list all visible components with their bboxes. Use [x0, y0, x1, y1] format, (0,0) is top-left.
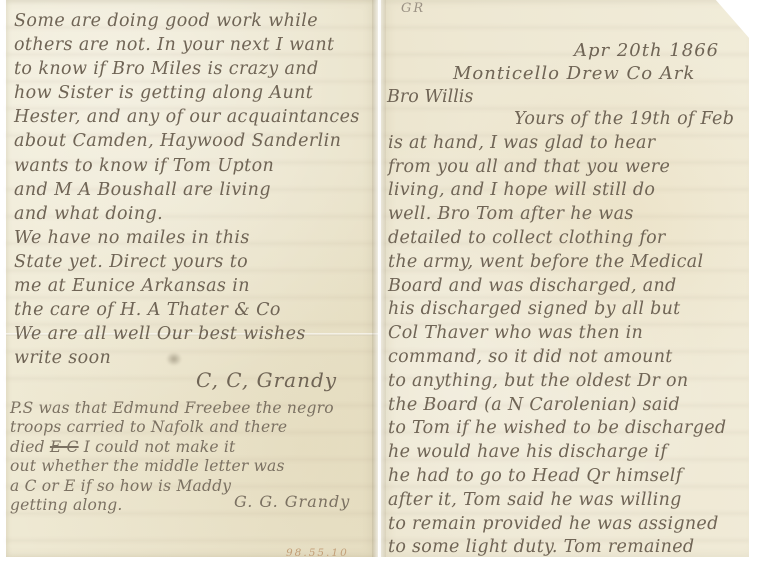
handwriting-line: We are all well Our best wishes: [14, 322, 376, 346]
ps-text: I could not make it: [79, 438, 236, 456]
handwriting-line: Board and was discharged, and: [388, 275, 747, 299]
handwriting-line: others are not. In your next I want: [14, 33, 376, 57]
catalog-number: 98.55.10: [286, 547, 349, 559]
ps-text: died: [10, 438, 50, 456]
handwriting-line: he had to go to Head Qr himself: [388, 465, 747, 489]
signature-cc-grandy: C, C, Grandy: [196, 368, 337, 392]
date-line: Apr 20th 1866: [574, 40, 719, 61]
handwriting-line: the care of H. A Thater & Co: [14, 298, 376, 322]
handwriting-line: State yet. Direct yours to: [14, 250, 376, 274]
letter-page-right: GR Apr 20th 1866 Monticello Drew Co Ark …: [381, 0, 749, 557]
signature-gg-grandy: G. G. Grandy: [234, 492, 350, 511]
handwriting-line: he would have his discharge if: [388, 441, 747, 465]
ps-line: died E C I could not make it: [10, 438, 334, 457]
handwriting-line: to anything, but the oldest Dr on: [388, 370, 747, 394]
handwriting-line: from you all and that you were: [388, 156, 747, 180]
handwriting-line: and what doing.: [14, 202, 376, 226]
letter-scan: Some are doing good work while others ar…: [0, 0, 760, 570]
handwriting-line: write soon: [14, 346, 376, 370]
handwriting-line: me at Eunice Arkansas in: [14, 274, 376, 298]
handwriting-line: well. Bro Tom after he was: [388, 203, 747, 227]
letter-page-left: Some are doing good work while others ar…: [6, 0, 378, 557]
left-page-body: Some are doing good work while others ar…: [14, 9, 376, 370]
handwriting-line: and M A Boushall are living: [14, 178, 376, 202]
handwriting-line: to Tom if he wished to be discharged: [388, 417, 747, 441]
ink-smudge: [166, 352, 182, 366]
ps-line: P.S was that Edmund Freebee the negro: [10, 399, 334, 418]
handwriting-line: living, and I hope will still do: [388, 179, 747, 203]
handwriting-line: the army, went before the Medical: [388, 251, 747, 275]
handwriting-line: how Sister is getting along Aunt: [14, 81, 376, 105]
pencil-mark-gr: GR: [401, 1, 425, 16]
handwriting-line: command, so it did not amount: [388, 346, 747, 370]
handwriting-line: is at hand, I was glad to hear: [388, 132, 747, 156]
struck-out-initials: E C: [50, 438, 79, 456]
handwriting-line: the Board (a N Carolenian) said: [388, 394, 747, 418]
ps-line: troops carried to Nafolk and there: [10, 418, 334, 437]
handwriting-line: his discharged signed by all but: [388, 298, 747, 322]
handwriting-line: detailed to collect clothing for: [388, 227, 747, 251]
handwriting-line: Hester, and any of our acquaintances: [14, 105, 376, 129]
handwriting-line: to some light duty. Tom remained: [388, 536, 747, 560]
place-line: Monticello Drew Co Ark: [453, 63, 695, 84]
handwriting-line: to know if Bro Miles is crazy and: [14, 57, 376, 81]
handwriting-line: We have no mailes in this: [14, 226, 376, 250]
handwriting-line: about Camden, Haywood Sanderlin: [14, 129, 376, 153]
handwriting-line: after it, Tom said he was willing: [388, 489, 747, 513]
salutation: Bro Willis: [387, 87, 473, 107]
handwriting-line: wants to know if Tom Upton: [14, 154, 376, 178]
handwriting-line: Col Thaver who was then in: [388, 322, 747, 346]
handwriting-line: to remain provided he was assigned: [388, 513, 747, 537]
handwriting-line: Some are doing good work while: [14, 9, 376, 33]
right-page-body: Yours of the 19th of Feb is at hand, I w…: [388, 108, 747, 560]
handwriting-line: Yours of the 19th of Feb: [388, 108, 747, 132]
ps-line: out whether the middle letter was: [10, 457, 334, 476]
